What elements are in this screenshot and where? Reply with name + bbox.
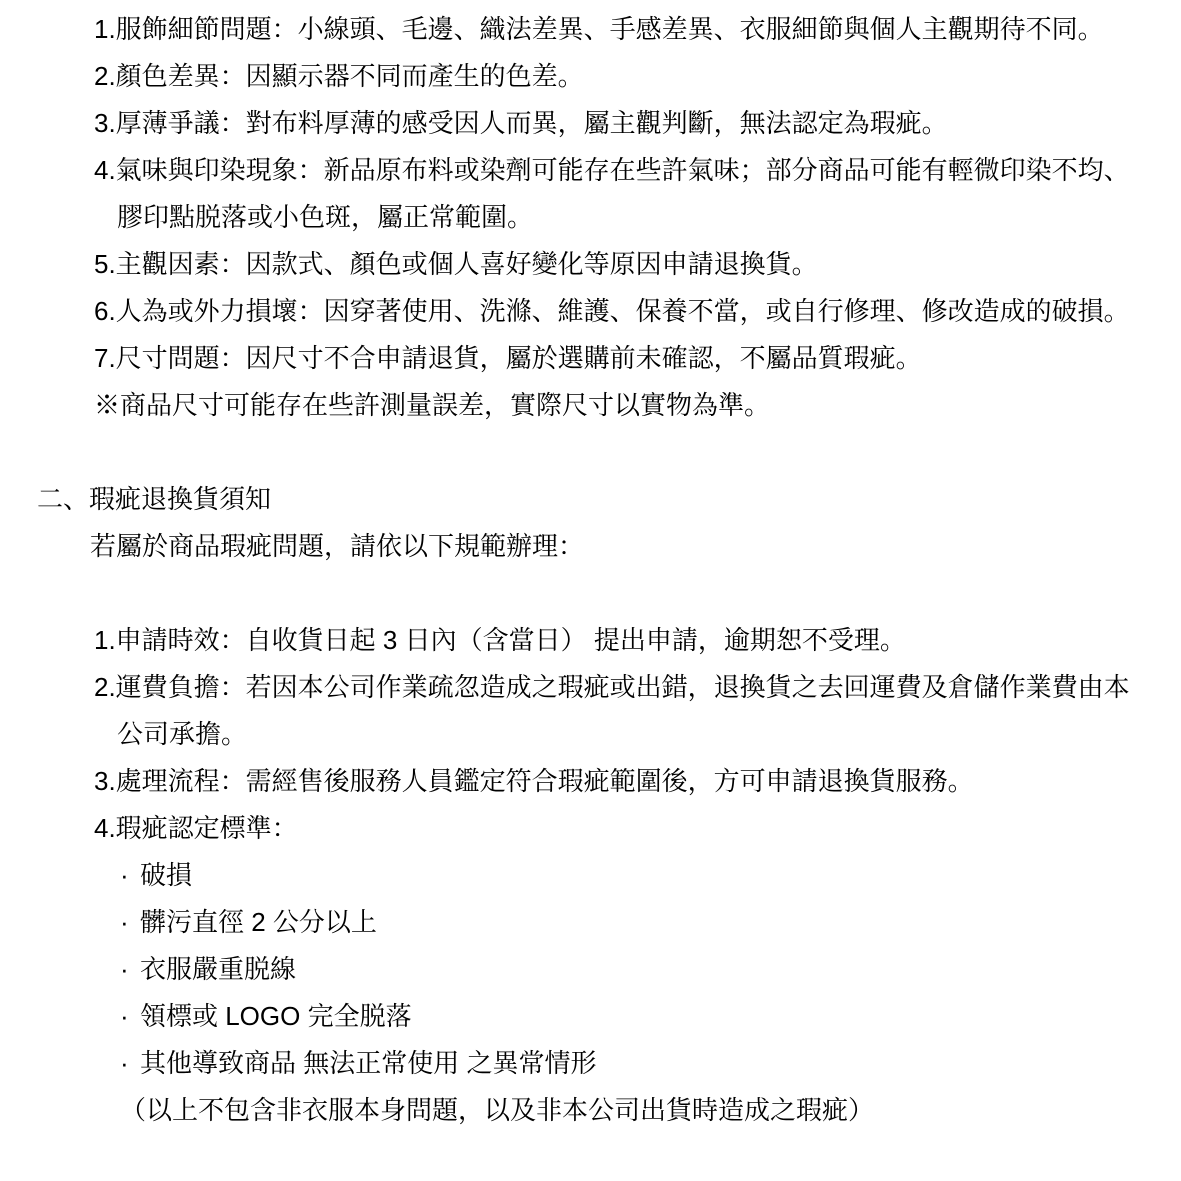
policy-item-4-continuation: 膠印點脱落或小色斑，屬正常範圍。: [117, 194, 1181, 241]
criteria-bullet-1-label: 破損: [140, 860, 192, 890]
policy-item-3: 3.厚薄爭議：對布料厚薄的感受因人而異，屬主觀判斷，無法認定為瑕疵。: [94, 100, 1181, 147]
criteria-bullet-3-label: 衣服嚴重脱線: [140, 954, 296, 984]
criteria-bullet-5-label: 其他導致商品 無法正常使用 之異常情形: [140, 1048, 596, 1078]
policy-item-1: 1.服飾細節問題：小線頭、毛邊、織法差異、手感差異、衣服細節與個人主觀期待不同。: [94, 6, 1181, 53]
return-policy-document: 1.服飾細節問題：小線頭、毛邊、織法差異、手感差異、衣服細節與個人主觀期待不同。…: [0, 0, 1181, 1134]
defect-item-2-continuation: 公司承擔。: [117, 711, 1181, 758]
bullet-icon: ·: [120, 946, 140, 993]
blank-line: [0, 429, 1181, 476]
criteria-bullet-3: ·衣服嚴重脱線: [120, 946, 1181, 993]
defect-item-1: 1.申請時效：自收貨日起 3 日內（含當日） 提出申請，逾期恕不受理。: [94, 617, 1181, 664]
criteria-bullet-4: ·領標或 LOGO 完全脱落: [120, 993, 1181, 1040]
policy-item-6: 6.人為或外力損壞：因穿著使用、洗滌、維護、保養不當，或自行修理、修改造成的破損…: [94, 288, 1181, 335]
bullet-icon: ·: [120, 1040, 140, 1087]
section-two-heading: 二、瑕疵退換貨須知: [37, 476, 1181, 523]
defect-item-4: 4.瑕疵認定標準：: [94, 805, 1181, 852]
policy-item-4: 4.氣味與印染現象：新品原布料或染劑可能存在些許氣味；部分商品可能有輕微印染不均…: [94, 147, 1181, 194]
criteria-bullet-5: ·其他導致商品 無法正常使用 之異常情形: [120, 1040, 1181, 1087]
policy-item-2: 2.顏色差異：因顯示器不同而產生的色差。: [94, 53, 1181, 100]
policy-item-7: 7.尺寸問題：因尺寸不合申請退貨，屬於選購前未確認，不屬品質瑕疵。: [94, 335, 1181, 382]
blank-line: [0, 570, 1181, 617]
bullet-icon: ·: [120, 993, 140, 1040]
defect-item-2: 2.運費負擔：若因本公司作業疏忽造成之瑕疵或出錯，退換貨之去回運費及倉儲作業費由…: [94, 664, 1181, 711]
section-two-intro: 若屬於商品瑕疵問題，請依以下規範辦理：: [90, 523, 1181, 570]
criteria-bullet-2-label: 髒污直徑 2 公分以上: [140, 907, 377, 937]
policy-item-5: 5.主觀因素：因款式、顏色或個人喜好變化等原因申請退換貨。: [94, 241, 1181, 288]
criteria-bullet-2: ·髒污直徑 2 公分以上: [120, 899, 1181, 946]
size-tolerance-note: ※商品尺寸可能存在些許測量誤差，實際尺寸以實物為準。: [94, 382, 1181, 429]
defect-item-3: 3.處理流程：需經售後服務人員鑑定符合瑕疵範圍後，方可申請退換貨服務。: [94, 758, 1181, 805]
criteria-exclusion-note: （以上不包含非衣服本身問題，以及非本公司出貨時造成之瑕疵）: [120, 1087, 1181, 1134]
criteria-bullet-1: ·破損: [120, 852, 1181, 899]
criteria-bullet-4-label: 領標或 LOGO 完全脱落: [140, 1001, 412, 1031]
bullet-icon: ·: [120, 899, 140, 946]
bullet-icon: ·: [120, 852, 140, 899]
